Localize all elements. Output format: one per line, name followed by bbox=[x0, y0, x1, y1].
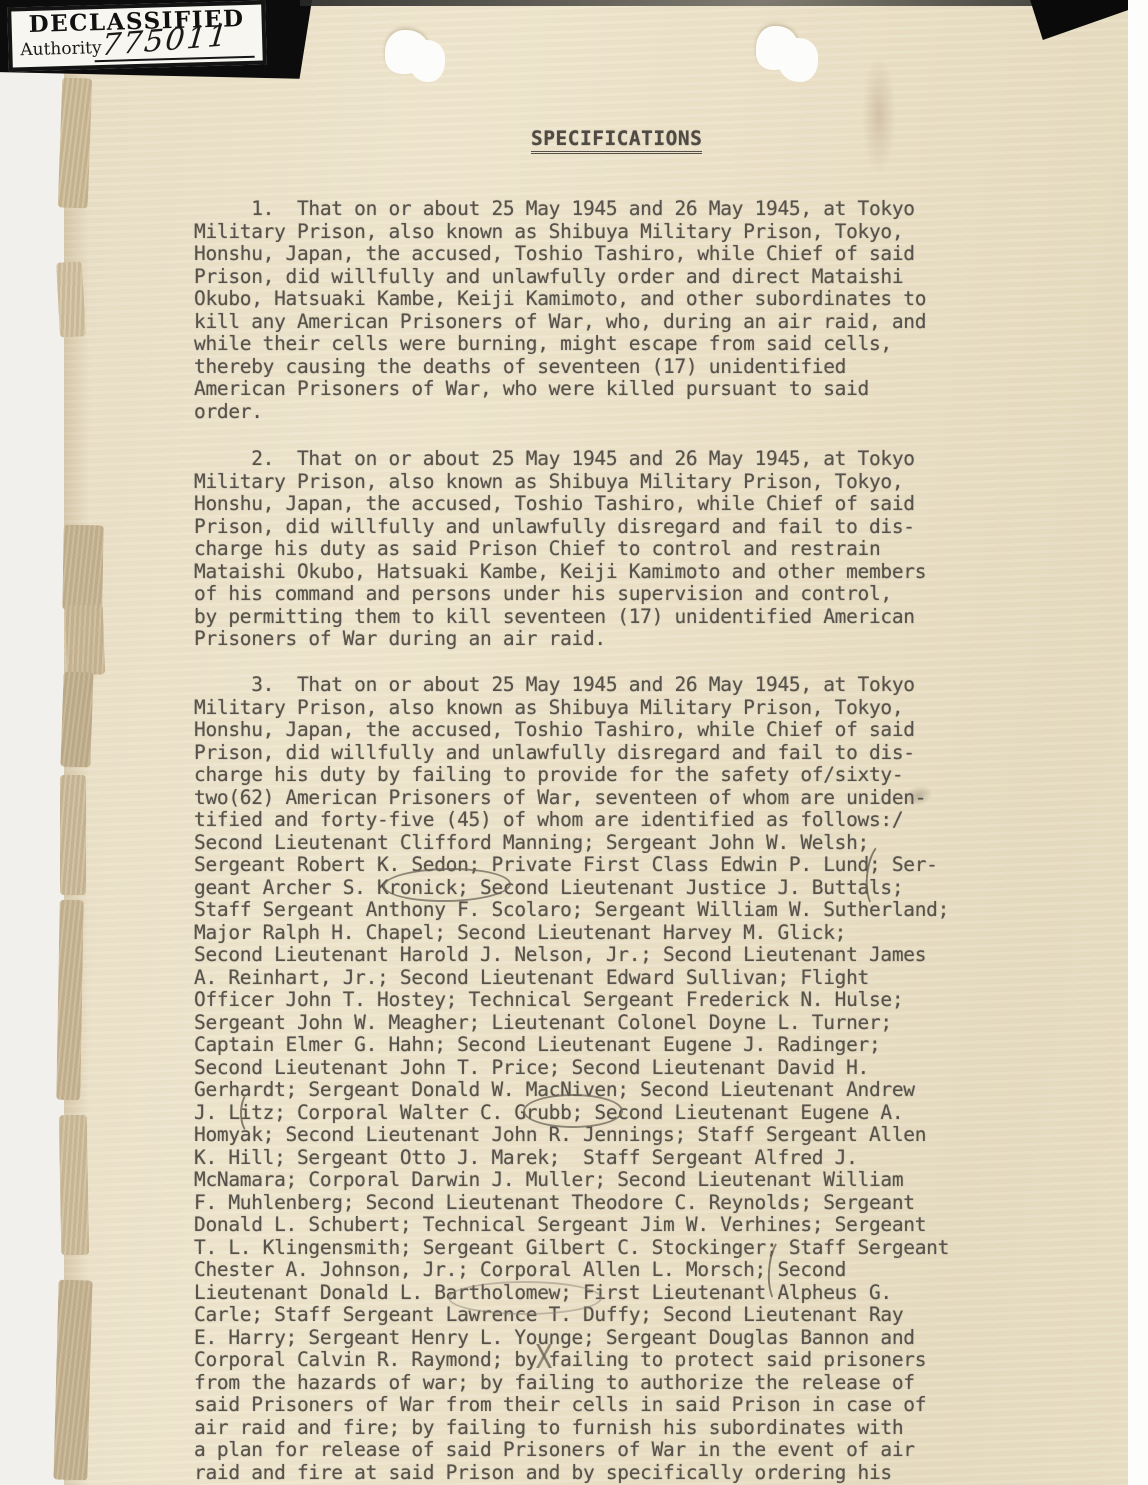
stamp-authority-row: Authority 775011 bbox=[18, 31, 257, 68]
hole-punch-left bbox=[385, 30, 429, 74]
hole-punch-lobe bbox=[778, 38, 818, 82]
pencil-circle-grubb bbox=[523, 1094, 623, 1128]
specification-paragraph-3: 3. That on or about 25 May 1945 and 26 M… bbox=[194, 674, 1004, 1484]
scanner-dark-top-edge bbox=[300, 0, 1075, 6]
tape-remnant bbox=[53, 1280, 92, 1481]
paper-crease bbox=[862, 55, 896, 175]
tape-remnant bbox=[60, 775, 86, 895]
authority-label: Authority bbox=[20, 38, 102, 60]
pencil-scribble-after-raymond bbox=[534, 1344, 554, 1368]
tape-remnant bbox=[56, 900, 83, 1100]
declassified-stamp: DECLASSIFIED Authority 775011 bbox=[7, 0, 267, 71]
tape-remnant bbox=[62, 525, 103, 611]
document-title: SPECIFICATIONS bbox=[531, 127, 702, 154]
tape-remnant bbox=[59, 1115, 89, 1255]
tape-remnant bbox=[56, 261, 86, 337]
scanner-background-right bbox=[1128, 0, 1148, 1485]
scanned-document-page: DECLASSIFIED Authority 775011 SPECIFICAT… bbox=[0, 0, 1148, 1485]
tape-remnant bbox=[60, 672, 93, 768]
hole-punch-right bbox=[756, 26, 798, 70]
tape-remnant bbox=[65, 604, 105, 675]
hole-punch-lobe bbox=[409, 40, 445, 82]
pencil-paren-before-corporal bbox=[240, 1092, 260, 1134]
tape-remnant bbox=[58, 78, 93, 209]
pencil-circle-bartholomew bbox=[448, 1281, 602, 1315]
specification-paragraph-1: 1. That on or about 25 May 1945 and 26 M… bbox=[194, 198, 1004, 423]
specification-paragraph-2: 2. That on or about 25 May 1945 and 26 M… bbox=[194, 448, 1004, 651]
